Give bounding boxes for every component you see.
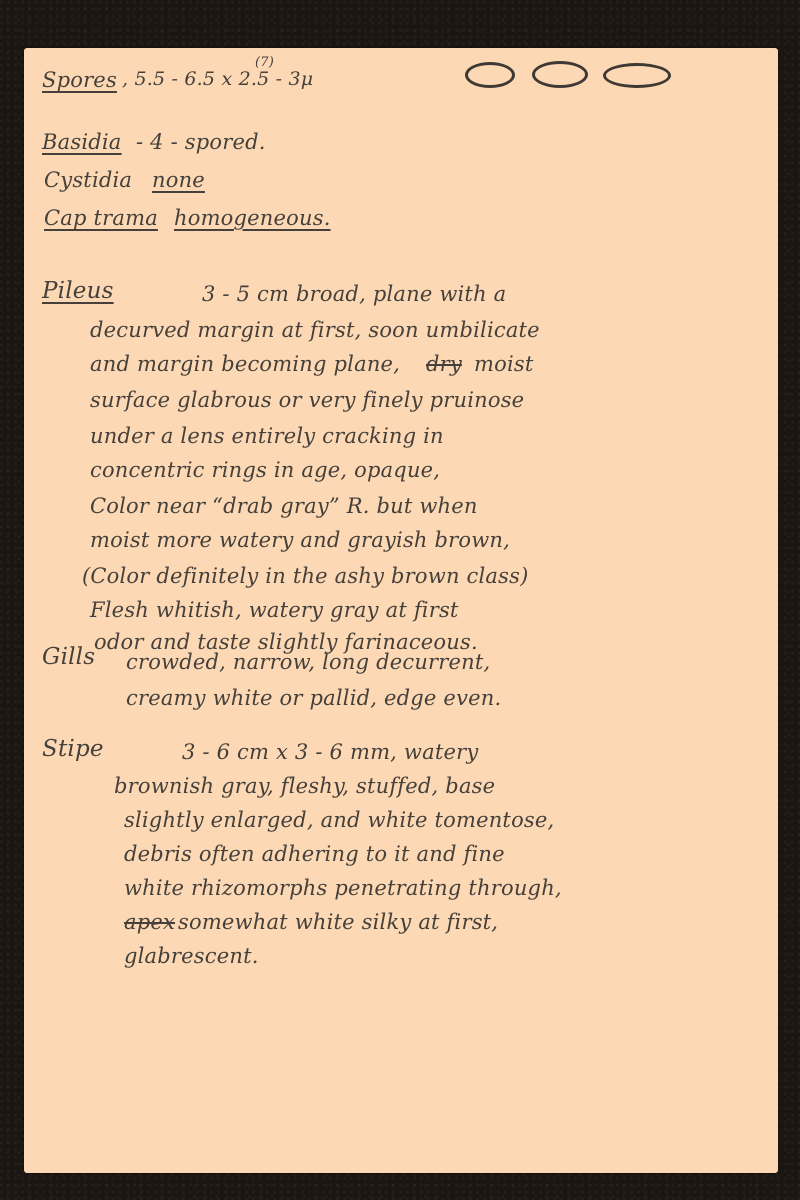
spore-sketch-icon xyxy=(532,61,588,88)
basidia-label: Basidia xyxy=(42,132,122,153)
cap-trama-label: Cap trama xyxy=(44,208,158,229)
index-card: Spores (7) , 5.5 - 6.5 x 2.5 - 3μ Basidi… xyxy=(24,48,778,1173)
cap-trama-text: homogeneous. xyxy=(174,208,331,229)
gills-line: crowded, narrow, long decurrent, xyxy=(126,652,490,673)
spores-label: Spores xyxy=(42,70,117,91)
pileus-line: concentric rings in age, opaque, xyxy=(90,460,440,481)
pileus-line: decurved margin at first, soon umbilicat… xyxy=(90,320,540,341)
stipe-line: 3 - 6 cm x 3 - 6 mm, watery xyxy=(182,742,478,763)
pileus-line: Flesh whitish, watery gray at first xyxy=(90,600,459,621)
gills-label: Gills xyxy=(42,646,95,669)
pileus-line: (Color definitely in the ashy brown clas… xyxy=(82,566,529,587)
struck-word: apex xyxy=(124,912,175,933)
replacement-word: moist xyxy=(474,354,534,375)
stipe-line: slightly enlarged, and white tomentose, xyxy=(124,810,554,831)
cystidia-label: Cystidia xyxy=(44,170,132,191)
stipe-label: Stipe xyxy=(42,738,104,761)
stipe-line: debris often adhering to it and fine xyxy=(124,844,505,865)
pileus-line: surface glabrous or very finely pruinose xyxy=(90,390,524,411)
stipe-line: brownish gray, fleshy, stuffed, base xyxy=(114,776,495,797)
spore-sketch-icon xyxy=(603,63,671,88)
cystidia-text: none xyxy=(152,170,205,191)
stipe-line: glabrescent. xyxy=(124,946,259,967)
pileus-line: moist more watery and grayish brown, xyxy=(90,530,510,551)
pileus-line: 3 - 5 cm broad, plane with a xyxy=(202,284,506,305)
stipe-line: white rhizomorphs penetrating through, xyxy=(124,878,562,899)
spore-sketch-icon xyxy=(465,62,515,88)
struck-word: dry xyxy=(426,354,462,375)
pileus-line: and margin becoming plane, xyxy=(90,354,400,375)
pileus-line: Color near “drab gray” R. but when xyxy=(90,496,478,517)
pileus-label: Pileus xyxy=(42,280,114,303)
gills-line: creamy white or pallid, edge even. xyxy=(126,688,501,709)
spores-measurements: , 5.5 - 6.5 x 2.5 - 3μ xyxy=(122,70,313,89)
stipe-line: somewhat white silky at first, xyxy=(178,912,498,933)
basidia-text: - 4 - spored. xyxy=(136,132,266,153)
pileus-line: under a lens entirely cracking in xyxy=(90,426,444,447)
